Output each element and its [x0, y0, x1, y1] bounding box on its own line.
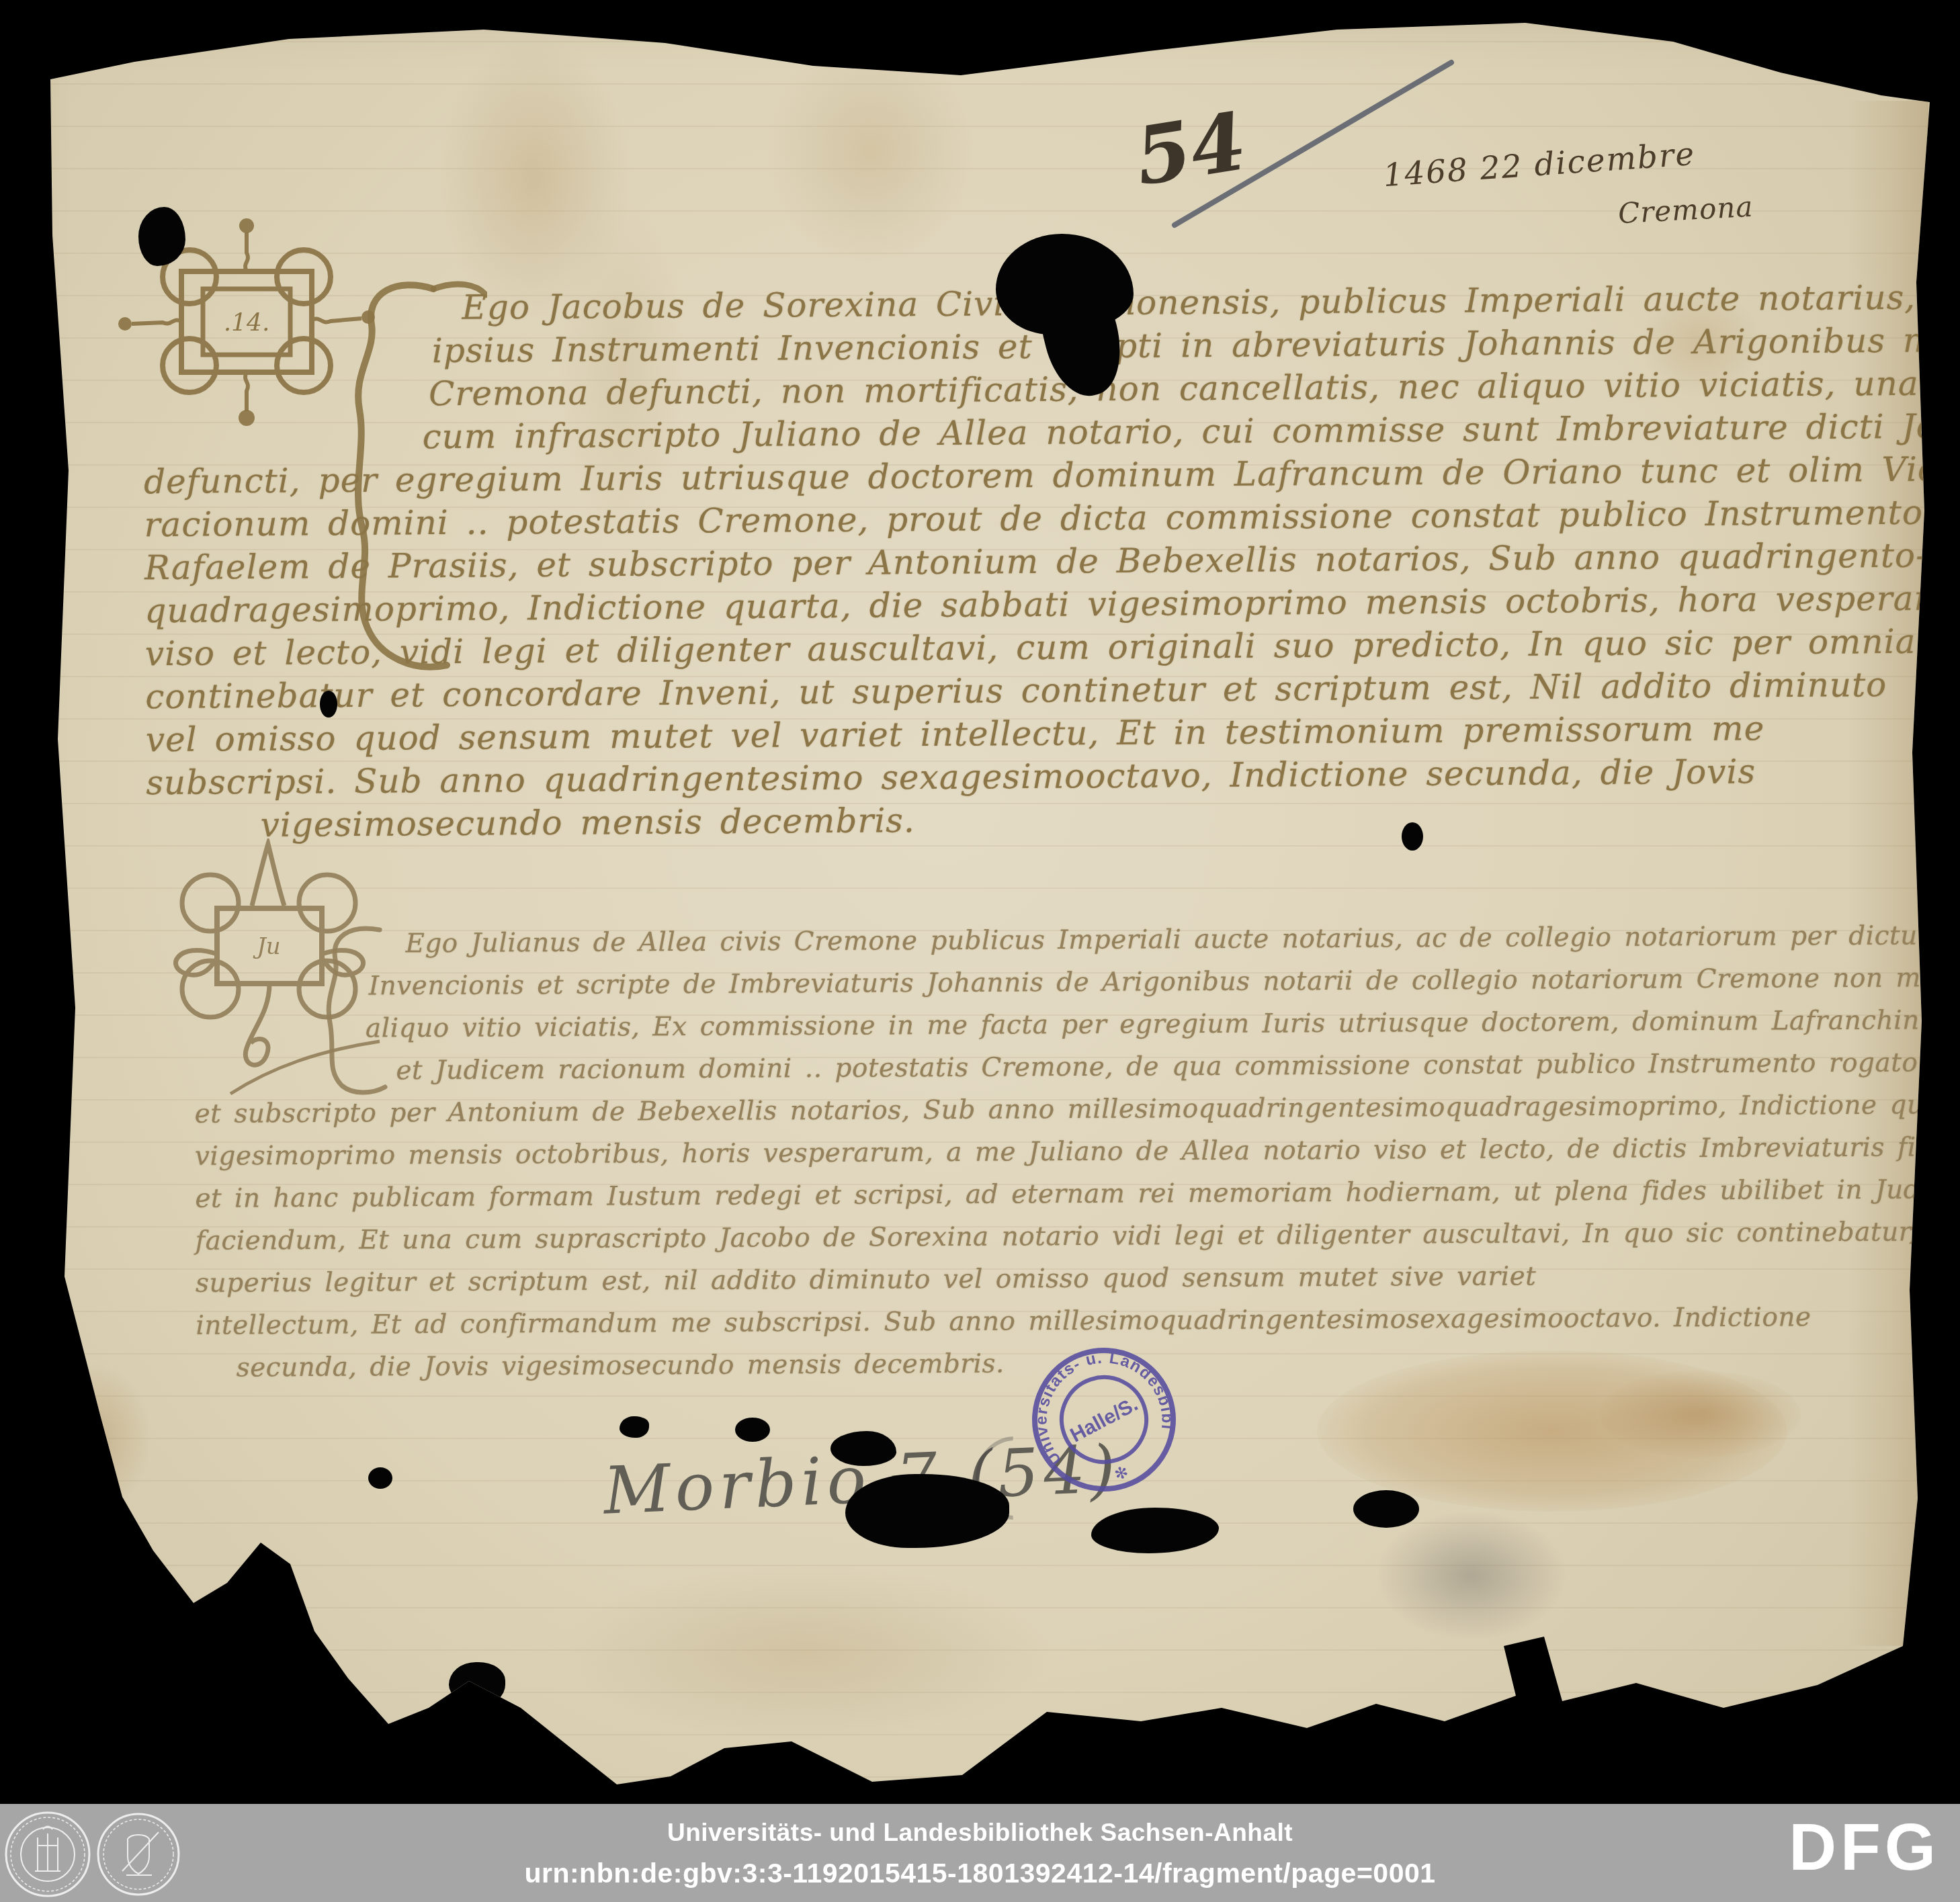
- stain: [37, 1364, 151, 1512]
- stain: [1377, 1512, 1566, 1639]
- manuscript-scan: .14. Ju 54 1468 22 dicembre Cremona: [0, 0, 1960, 1902]
- parchment-hole: [620, 1416, 649, 1438]
- parchment-hole: [320, 691, 337, 718]
- parchment-hole: [1353, 1490, 1419, 1528]
- footer-bar: Universitäts- und Landesbibliothek Sachs…: [0, 1804, 1960, 1902]
- manuscript-line: Ego Julianus de Allea civis Cremone publ…: [405, 914, 1941, 965]
- parchment-hole: [830, 1431, 896, 1466]
- archive-number-annotation: 54: [1129, 94, 1252, 204]
- footer-library-name: Universitäts- und Landesbibliothek Sachs…: [0, 1819, 1960, 1847]
- place-annotation: Cremona: [1617, 190, 1754, 230]
- parchment-hole: [845, 1474, 1009, 1548]
- stain: [437, 34, 632, 322]
- parchment-hole: [1091, 1508, 1219, 1553]
- parchment-hole: [368, 1467, 392, 1489]
- stain: [564, 1565, 1048, 1740]
- parchment-hole: [1402, 822, 1423, 851]
- stain: [1599, 1371, 1801, 1458]
- dfg-logo: DFG: [1789, 1809, 1940, 1885]
- manuscript-paragraph-2: Ego Julianus de Allea civis Cremone publ…: [194, 914, 1943, 1389]
- stamp-star: ✻: [1112, 1462, 1131, 1484]
- date-annotation: 1468 22 dicembre: [1382, 136, 1697, 194]
- manuscript-paragraph-1: Ego Jacobus de Sorexina Civis Cremonensi…: [142, 276, 1907, 847]
- stain: [766, 37, 974, 265]
- footer-urn: urn:nbn:de:gbv:3:3-1192015415-1801392412…: [0, 1858, 1960, 1889]
- parchment-hole: [735, 1418, 770, 1442]
- parchment-hole: [138, 207, 185, 266]
- parchment-document: .14. Ju 54 1468 22 dicembre Cremona: [0, 0, 1960, 1902]
- manuscript-line: et Judicem racionum domini .. potestatis…: [396, 1041, 1941, 1092]
- parchment-hole: [449, 1662, 505, 1705]
- stamp-center-text: Halle/S.: [1067, 1393, 1142, 1446]
